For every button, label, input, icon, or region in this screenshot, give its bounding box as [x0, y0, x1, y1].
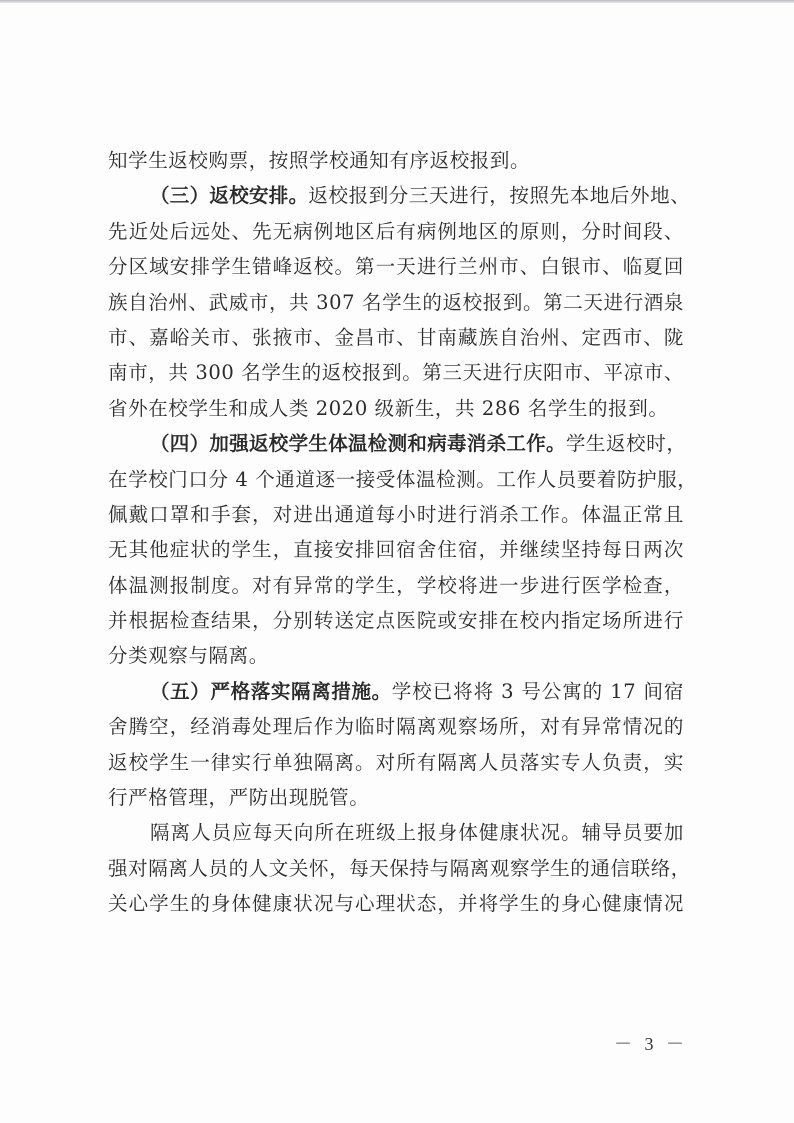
paragraph-line: （五）严格落实隔离措施。学校已将将 3 号公寓的 17 间宿 [108, 674, 684, 709]
paragraph-text: 学校已将将 3 号公寓的 17 间宿 [392, 680, 684, 703]
paragraph-line: 南市，共 300 名学生的返校报到。第三天进行庆阳市、平凉市、 [108, 355, 684, 390]
section-heading-4: （四）加强返校学生体温检测和病毒消杀工作。 [150, 432, 566, 455]
paragraph-line: 分类观察与隔离。 [108, 638, 684, 673]
section-heading-5: （五）严格落实隔离措施。 [150, 680, 392, 703]
paragraph-line: 返校学生一律实行单独隔离。对所有隔离人员落实专人负责，实 [108, 745, 684, 780]
paragraph-line: 舍腾空，经消毒处理后作为临时隔离观察场所，对有异常情况的 [108, 709, 684, 744]
paragraph-line: 族自治州、武威市，共 307 名学生的返校报到。第二天进行酒泉 [108, 285, 684, 320]
paragraph-line: 先近处后远处、先无病例地区后有病例地区的原则，分时间段、 [108, 214, 684, 249]
paragraph-line: 体温测报制度。对有异常的学生，学校将进一步进行医学检查， [108, 568, 684, 603]
section-heading-3: （三）返校安排。 [150, 184, 308, 207]
paragraph-line: 知学生返校购票，按照学校通知有序返校报到。 [108, 143, 684, 178]
paragraph-line: 分区域安排学生错峰返校。第一天进行兰州市、白银市、临夏回 [108, 249, 684, 284]
paragraph-text: 返校报到分三天进行，按照先本地后外地、 [308, 184, 690, 207]
paragraph-line: 在学校门口分 4 个通道逐一接受体温检测。工作人员要着防护服， [108, 462, 684, 497]
paragraph-text: 学生返校时， [566, 432, 687, 455]
scan-edge [0, 0, 794, 3]
paragraph-line: （四）加强返校学生体温检测和病毒消杀工作。学生返校时， [108, 426, 684, 461]
paragraph-line: 行严格管理，严防出现脱管。 [108, 780, 684, 815]
paragraph-line: 佩戴口罩和手套，对进出通道每小时进行消杀工作。体温正常且 [108, 497, 684, 532]
paragraph-line: 并根据检查结果，分别转送定点医院或安排在校内指定场所进行 [108, 603, 684, 638]
document-body: 知学生返校购票，按照学校通知有序返校报到。 （三）返校安排。返校报到分三天进行，… [108, 143, 684, 922]
paragraph-line: 隔离人员应每天向所在班级上报身体健康状况。辅导员要加 [108, 815, 684, 850]
paragraph-line: 无其他症状的学生，直接安排回宿舍住宿，并继续坚持每日两次 [108, 532, 684, 567]
page-number: － 3 － [614, 1030, 688, 1056]
paragraph-line: 市、嘉峪关市、张掖市、金昌市、甘南藏族自治州、定西市、陇 [108, 320, 684, 355]
paragraph-line: 关心学生的身体健康状况与心理状态，并将学生的身心健康情况 [108, 886, 684, 921]
paragraph-line: 强对隔离人员的人文关怀，每天保持与隔离观察学生的通信联络， [108, 851, 684, 886]
paragraph-line: 省外在校学生和成人类 2020 级新生，共 286 名学生的报到。 [108, 391, 684, 426]
paragraph-line: （三）返校安排。返校报到分三天进行，按照先本地后外地、 [108, 178, 684, 213]
